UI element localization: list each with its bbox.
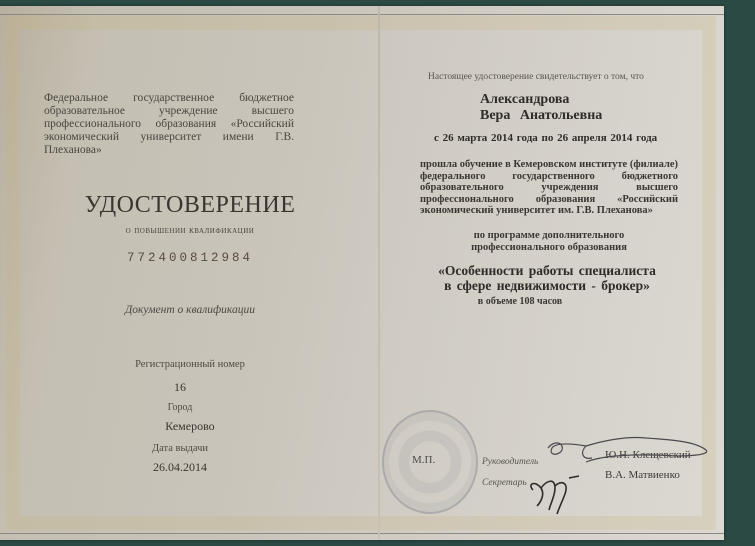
registration-label: Регистрационный номер	[80, 359, 300, 370]
registration-number: 16	[80, 380, 280, 395]
top-edge-line	[0, 14, 724, 15]
document-subtitle: о повышении квалификации	[60, 225, 320, 236]
document-title: УДОСТОВЕРЕНИЕ	[60, 192, 320, 219]
issue-date: 26.04.2014	[80, 460, 280, 475]
org-line: Федеральное государственное бюджетное	[44, 92, 294, 105]
secretary-signature-icon	[525, 468, 595, 528]
program-name-line: в сфере недвижимости - брокер»	[412, 278, 682, 293]
training-period: с 26 марта 2014 года по 26 апреля 2014 г…	[434, 132, 657, 144]
org-line: образовательное учреждение высшего	[44, 105, 294, 118]
issue-date-label: Дата выдачи	[80, 443, 280, 454]
bottom-edge-line	[0, 533, 724, 534]
program-name: «Особенности работы специалиста в сфере …	[412, 263, 682, 293]
document-number: 772400812984	[60, 251, 320, 265]
study-line: экономический университет им. Г.В. Плеха…	[420, 205, 678, 217]
issuing-organization: Федеральное государственное бюджетное об…	[44, 92, 294, 157]
study-line: федерального государственного бюджетного	[420, 171, 678, 183]
program-hours: в объеме 108 часов	[420, 296, 620, 307]
intro-text: Настоящее удостоверение свидетельствует …	[428, 72, 688, 82]
seal-label: М.П.	[412, 454, 435, 466]
city-label: Город	[80, 402, 280, 413]
city-value: Кемерово	[80, 419, 300, 434]
holder-given-names: Вера Анатольевна	[480, 108, 602, 124]
org-line: экономический университет имени Г.В. Пле…	[44, 131, 294, 157]
study-institution: прошла обучение в Кемеровском институте …	[420, 159, 678, 217]
certificate-sheet: Федеральное государственное бюджетное об…	[0, 6, 724, 540]
holder-surname: Александрова	[480, 92, 569, 108]
org-line: профессионального образования «Российски…	[44, 118, 294, 131]
secretary-role: Секретарь	[482, 478, 527, 488]
program-label: по программе дополнительного профессиона…	[420, 230, 678, 254]
program-label-line: по программе дополнительного	[420, 230, 678, 242]
study-line: образовательного учреждения высшего	[420, 182, 678, 194]
page-fold	[378, 6, 380, 540]
study-line: прошла обучение в Кемеровском институте …	[420, 159, 678, 171]
program-name-line: «Особенности работы специалиста	[412, 263, 682, 278]
document-kind: Документ о квалификации	[60, 304, 320, 316]
program-label-line: профессионального образования	[420, 242, 678, 254]
study-line: профессионального образования «Российски…	[420, 194, 678, 206]
